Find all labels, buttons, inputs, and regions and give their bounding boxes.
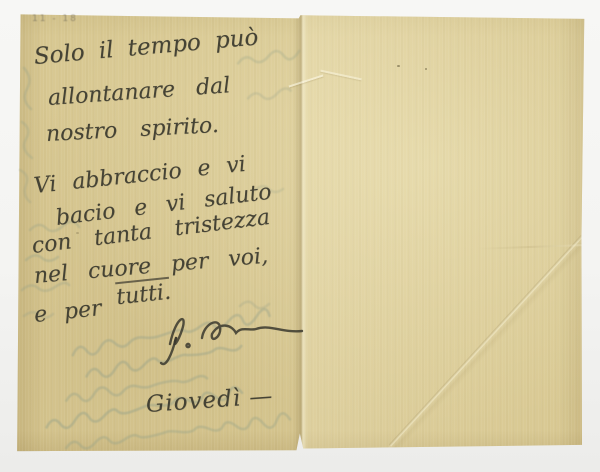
handwriting-words: e per [33,296,103,328]
handwriting-layer: 11 - 18 Solo il tempo può allontanare da… [0,0,600,472]
closing-line: Giovedì — [145,383,274,418]
signature-flourish [130,302,325,380]
handwriting-line: allontanare dal [47,73,231,111]
handwriting-line: Solo il tempo può [33,24,259,70]
photo-canvas: 11 - 18 Solo il tempo può allontanare da… [0,0,600,472]
handwriting-line: nostro spirito. [45,113,219,147]
pencil-inventory-note: 11 - 18 [32,14,78,24]
